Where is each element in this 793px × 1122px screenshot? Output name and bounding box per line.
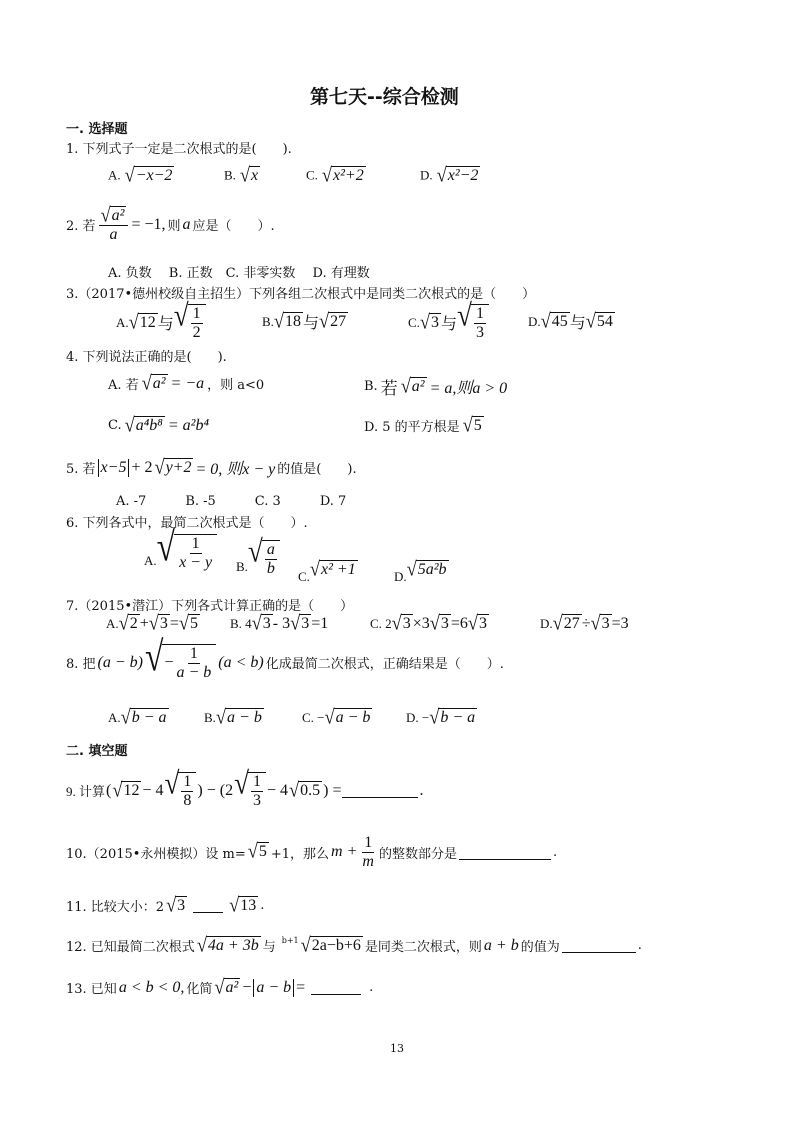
q2-equals: = −1, (131, 216, 165, 234)
option-a-label: A. 若 (108, 374, 139, 393)
numerator: 1 (191, 305, 203, 324)
question-6-option-a: A. √1x − y (144, 534, 217, 571)
question-1-option-c: C. √x²+2 (306, 166, 366, 185)
option-a-label: A. (108, 167, 121, 182)
rhs: = a,则a > 0 (430, 375, 508, 398)
radical: √y+2 (154, 458, 193, 477)
radical: √5 (179, 614, 200, 633)
radicand: 2a−b+6 (310, 936, 363, 955)
radicand: 3 (439, 614, 451, 633)
radical: √1x − y (157, 534, 217, 571)
q2-suffix: 应是（ ）. (193, 215, 275, 234)
radicand: 3 (261, 614, 273, 633)
q10-suffix: 的整数部分是 (379, 843, 457, 862)
times: ×3 (413, 615, 430, 633)
radical: √45 (541, 312, 570, 331)
question-1-option-b: B. √x (224, 166, 260, 185)
radical: √a⁴b⁸ (125, 416, 165, 435)
radical: √x²+2 (322, 166, 366, 185)
option-c-label: C. 2 (370, 616, 392, 632)
question-1-stem: 1. 下列式子一定是二次根式的是( ). (66, 138, 292, 157)
radicand: 4a + 3b (206, 936, 261, 955)
radical: √3 (149, 614, 170, 633)
minus-four: − 4 (267, 782, 288, 800)
radical: √ − 1a − b (145, 644, 216, 681)
question-7-option-b: B. 4 √3 - 3 √3 =1 (230, 614, 328, 633)
radical: √a − b (325, 708, 373, 727)
condition: (a < b) (218, 654, 263, 672)
negative-sign: − (164, 654, 173, 672)
rhs: = −a (171, 375, 205, 393)
question-4-stem: 4. 下列说法正确的是( ). (66, 346, 227, 365)
question-1-option-d: D. √x²−2 (420, 166, 480, 185)
option-b-label: B. (204, 710, 216, 726)
option-c-label: C. (408, 315, 420, 331)
radical: √12 (174, 304, 206, 341)
numerator: 1 (188, 645, 200, 664)
question-13: 13. 已知 a < b < 0, 化简 √a² − a − b = . (66, 978, 373, 997)
option-d-label: D. 5 的平方根是 (364, 416, 460, 435)
denominator: 2 (191, 324, 203, 342)
answer-blank[interactable] (459, 845, 551, 860)
condition: a < b < 0, (119, 979, 185, 997)
radical: √x² +1 (310, 560, 358, 579)
radical: √a² (401, 377, 427, 396)
paren: ( (106, 782, 111, 800)
option-c-label: C. (108, 418, 122, 433)
radical: √3 (420, 313, 441, 332)
radical: √3 (290, 614, 311, 633)
option-c-label: C. (298, 569, 310, 585)
period: . (369, 980, 373, 995)
q5-equals: = 0, 则x − y (195, 456, 275, 479)
radical: √27 (319, 312, 348, 331)
radical: √b − a (429, 708, 477, 727)
option-b-label: B. (236, 559, 248, 575)
joiner: 与 (263, 936, 276, 955)
q2-mid: 则 (167, 215, 180, 234)
question-4-option-a: A. 若 √a² = −a ，则 a<0 (108, 374, 264, 393)
option-b-label: B. (262, 314, 274, 330)
radical: √18 (164, 772, 196, 809)
joiner: 与 (441, 311, 457, 334)
radicand: 18 (283, 312, 303, 331)
radical: √5 (248, 842, 269, 861)
question-8-option-d: D. − √b − a (406, 708, 477, 727)
radicand: 3 (299, 614, 311, 633)
radicand: 3 (600, 614, 612, 633)
option-a-label: A. (116, 315, 129, 331)
q8-suffix: 化成最简二次根式，正确结果是（ ）. (266, 653, 504, 672)
q12-prefix: 12. 已知最简二次根式 (66, 936, 195, 955)
root-index: b+1 (282, 936, 299, 945)
q5-mid: + 2 (131, 459, 152, 477)
question-8-option-a: A. √b − a (108, 708, 169, 727)
q12-tail: 的值为 (521, 936, 560, 955)
radicand: 12 (138, 313, 158, 332)
question-3-option-a: A. √12 与 √12 (116, 304, 206, 341)
denominator: 8 (181, 792, 193, 810)
option-d-label: D. (394, 569, 407, 585)
radical: √12 (112, 781, 141, 800)
radical: √2a−b+6 (301, 936, 363, 955)
q2-var: a (183, 216, 191, 234)
radical: √13 (457, 304, 489, 341)
numerator: a (265, 541, 277, 560)
option-a-label: A. (108, 710, 121, 726)
radical: √3 (392, 614, 413, 633)
radical: √3 (252, 614, 273, 633)
q12-suffix: 是同类二次根式，则 (365, 936, 482, 955)
radical: √4a + 3b (197, 936, 261, 955)
option-c-label: C. (306, 167, 318, 182)
expression: m + (331, 843, 357, 861)
question-4-option-d: D. 5 的平方根是 √5 (364, 416, 484, 435)
radicand: 3 (158, 614, 170, 633)
question-7-option-c: C. 2 √3 ×3 √3 =6 √3 (370, 614, 489, 633)
radicand: 3 (477, 614, 489, 633)
question-3-option-b: B. √18 与 √27 (262, 310, 348, 333)
radical: √x (240, 166, 260, 185)
radical: √3 (430, 614, 451, 633)
question-11: 11. 比较大小：2 √3 √13 . (66, 896, 264, 915)
question-6-stem: 6. 下列各式中，最简二次根式是（ ）. (66, 512, 308, 531)
equals: = (296, 979, 305, 997)
q10-after: +1，那么 (271, 843, 329, 862)
joiner: 与 (570, 310, 586, 333)
radicand: 45 (550, 312, 570, 331)
radicand: 3 (429, 313, 441, 332)
radical: √a − b (216, 708, 264, 727)
q8-prefix: 8. 把 (66, 653, 96, 672)
radical: √b − a (121, 708, 169, 727)
question-2-stem: 2. 若 √a² a = −1, 则 a 应是（ ）. (66, 206, 275, 244)
radical: √x²−2 (437, 166, 481, 185)
option-d-label: D. − (406, 710, 429, 726)
paren-equals: ) = (323, 782, 341, 800)
radical: √−x−2 (125, 166, 175, 185)
radicand: 54 (595, 312, 615, 331)
option-d-label: D. (540, 616, 553, 632)
page-title: 第七天--综合检测 (310, 82, 459, 109)
question-8-option-b: B. √a − b (204, 708, 264, 727)
tail: =3 (612, 615, 629, 633)
option-d-label: D. (528, 314, 541, 330)
question-3-option-d: D. √45 与 √54 (528, 310, 615, 333)
radical: √0.5 (289, 781, 322, 800)
question-6-option-b: B. √ab (236, 540, 280, 577)
radicand: 3 (401, 614, 413, 633)
question-9: 9. 计算 ( √12 − 4 √18 ) − (2 √13 − 4 √0.5 … (66, 772, 423, 809)
radicand: a² (151, 374, 168, 393)
pre: 若 (381, 374, 398, 399)
radicand: 5 (257, 842, 269, 861)
radical: √3 (591, 614, 612, 633)
radicand: 27 (562, 614, 582, 633)
radical: √5 (463, 416, 484, 435)
question-10: 10.（2015•永州模拟）设 m= √5 +1，那么 m + 1m 的整数部分… (66, 834, 557, 870)
rhs: = a²b⁴ (168, 417, 209, 435)
question-8-stem: 8. 把 (a − b) √ − 1a − b (a < b) 化成最简二次根式… (66, 644, 504, 681)
joiner: 与 (158, 311, 174, 334)
answer-blank[interactable] (342, 783, 418, 798)
variable-sum: a + b (484, 937, 519, 955)
radical: √13 (234, 772, 266, 809)
option-b-label: B. (224, 167, 236, 182)
q9-prefix: 9. 计算 (66, 781, 105, 800)
numerator: 1 (190, 535, 202, 554)
radicand: b − a (130, 708, 169, 727)
radical: √5a²b (407, 560, 449, 579)
q13-prefix: 13. 已知 (66, 978, 117, 997)
option-a-label: A. (144, 553, 157, 569)
radicand: −x−2 (134, 166, 175, 185)
question-3-option-c: C. √3 与 √13 (408, 304, 489, 341)
coefficient: (a − b) (98, 654, 143, 672)
radical: √a² (142, 374, 168, 393)
numerator: 1 (474, 305, 486, 324)
radical: √27 (553, 614, 582, 633)
q5-suffix: 的值是( ). (277, 458, 356, 477)
question-7-option-d: D. √27 ÷ √3 =3 (540, 614, 629, 633)
minus: - 3 (273, 615, 290, 633)
radicand: a − b (334, 708, 373, 727)
divide: ÷ (582, 615, 591, 633)
answer-blank[interactable] (562, 938, 636, 953)
radicand: 5 (472, 416, 484, 435)
absolute-value: x−5 (98, 459, 130, 477)
radicand: b − a (438, 708, 477, 727)
joiner: 与 (303, 310, 319, 333)
radical: √a² (214, 978, 240, 997)
q10-prefix: 10.（2015•永州模拟）设 m= (66, 843, 246, 862)
radical: √2 (119, 614, 140, 633)
question-5-stem: 5. 若 x−5 + 2 √y+2 = 0, 则x − y 的值是( ). (66, 456, 357, 479)
question-6-option-c: C. √x² +1 (298, 560, 358, 585)
radicand: 12 (121, 781, 141, 800)
q13-mid: 化简 (186, 978, 212, 997)
radicand: y+2 (164, 458, 194, 477)
paren: ) − (2 (197, 782, 233, 800)
absolute-value: a − b (253, 979, 294, 997)
question-4-option-c: C. √a⁴b⁸ = a²b⁴ (108, 416, 209, 435)
radical: √13 (229, 896, 258, 915)
option-b-label: B. (364, 379, 378, 394)
tail: ，则 a<0 (207, 374, 264, 393)
minus: − (242, 979, 251, 997)
radical: √3 (166, 896, 187, 915)
question-1-options: A. √−x−2 (108, 166, 174, 185)
radicand: a⁴b⁸ (134, 416, 165, 435)
radicand: 13 (238, 896, 258, 915)
denominator: b (265, 560, 277, 578)
radicand: 5 (188, 614, 200, 633)
question-2-options: A. 负数 B. 正数 C. 非零实数 D. 有理数 (108, 262, 370, 281)
radical: √12 (129, 313, 158, 332)
radical: √3 (468, 614, 489, 633)
numerator: 1 (181, 773, 193, 792)
option-d-label: D. (420, 167, 433, 182)
fraction: √a² a (99, 206, 129, 244)
radicand: 5a²b (416, 560, 449, 579)
radicand: 2 (128, 614, 140, 633)
question-12: 12. 已知最简二次根式 √4a + 3b 与 b+1 √2a−b+6 是同类二… (66, 936, 642, 955)
radicand: x²−2 (446, 166, 481, 185)
radicand: x² +1 (319, 560, 358, 579)
option-b-label: B. 4 (230, 616, 252, 632)
denominator: a (107, 226, 119, 244)
radicand: a² (410, 377, 427, 396)
radicand: x²+2 (331, 166, 366, 185)
plus: + (140, 615, 149, 633)
period: . (260, 898, 264, 913)
period: . (553, 845, 557, 860)
radicand: 3 (175, 896, 187, 915)
question-7-stem: 7.（2015•潜江）下列各式计算正确的是（ ） (66, 595, 353, 614)
question-5-options: A. -7 B. -5 C. 3 D. 7 (116, 490, 346, 509)
radicand: a² (110, 206, 127, 225)
equals: = (170, 615, 179, 633)
question-7-option-a: A. √2 + √3 = √5 (106, 614, 200, 633)
numerator: 1 (362, 834, 374, 853)
radicand: a² (224, 978, 241, 997)
period: . (638, 938, 642, 953)
radicand: 0.5 (298, 781, 322, 800)
radical: √54 (586, 312, 615, 331)
period: . (419, 782, 423, 800)
radicand: a − b (225, 708, 264, 727)
section-heading-choice: 一. 选择题 (66, 118, 127, 137)
page-number: 13 (390, 1042, 404, 1055)
radical: √ab (248, 540, 280, 577)
tail: =6 (451, 615, 468, 633)
option-a-label: A. (106, 616, 119, 632)
q11-prefix: 11. 比较大小：2 (66, 896, 164, 915)
question-8-option-c: C. − √a − b (302, 708, 372, 727)
section-heading-fill: 二. 填空题 (66, 740, 127, 759)
tail: =1 (311, 615, 328, 633)
question-6-option-d: D. √5a²b (394, 560, 449, 585)
answer-blank[interactable] (311, 980, 361, 995)
answer-blank[interactable] (193, 898, 223, 913)
numerator: 1 (251, 773, 263, 792)
denominator: 3 (474, 324, 486, 342)
denominator: a − b (174, 664, 213, 682)
denominator: x − y (177, 554, 214, 572)
denominator: 3 (251, 792, 263, 810)
radicand: 27 (328, 312, 348, 331)
question-4-option-b: B. 若 √a² = a,则a > 0 (364, 374, 507, 399)
radicand: x (249, 166, 260, 185)
option-c-label: C. − (302, 710, 325, 726)
q2-prefix: 2. 若 (66, 215, 96, 234)
minus-four: − 4 (142, 782, 163, 800)
q5-prefix: 5. 若 (66, 458, 96, 477)
denominator: m (360, 853, 376, 871)
radical: √18 (274, 312, 303, 331)
